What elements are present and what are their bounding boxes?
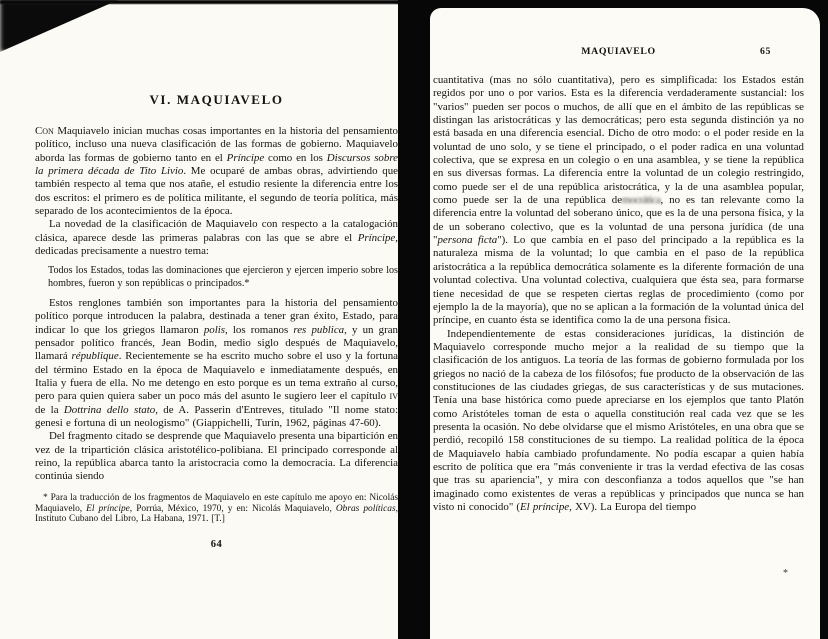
- text-run: Obras políticas: [336, 504, 396, 514]
- footnote: * Para la traducción de los fragmentos d…: [35, 493, 398, 526]
- running-header-title: MAQUIAVELO: [433, 46, 804, 57]
- text-run: res publica: [293, 324, 344, 336]
- text-run: como en los: [264, 152, 327, 164]
- text-run: , XV). La Europa del tiempo: [569, 501, 696, 513]
- paragraph-fragmento: Del fragmento citado se desprende que Ma…: [35, 430, 398, 483]
- text-run: république: [72, 350, 119, 362]
- text-run: , los romanos: [225, 324, 293, 336]
- text-run: Con: [35, 125, 54, 137]
- paragraph-intro: Con Maquiavelo inician muchas cosas impo…: [35, 125, 398, 218]
- paragraph-independientemente: Independientemente de estas consideracio…: [433, 328, 804, 515]
- text-run: Todos los Estados, todas las dominacione…: [48, 265, 398, 288]
- left-page-body: Con Maquiavelo inician muchas cosas impo…: [35, 125, 398, 525]
- paragraph-novedad: La novedad de la clasificación de Maquia…: [35, 218, 398, 258]
- text-run: El príncipe: [86, 504, 130, 514]
- text-run: Del fragmento citado se desprende que Ma…: [35, 430, 398, 482]
- text-run: polis: [204, 324, 225, 336]
- block-quote: Todos los Estados, todas las dominacione…: [35, 265, 398, 289]
- chapter-heading: VI. MAQUIAVELO: [35, 92, 398, 108]
- text-run: mocrática: [622, 194, 660, 206]
- text-run: Príncipe: [358, 232, 396, 244]
- text-run: Dottrina dello stato: [64, 404, 155, 416]
- text-run: La novedad de la clasificación de Maquia…: [35, 218, 398, 243]
- right-page: MAQUIAVELO 65 cuantitativa (mas no sólo …: [430, 8, 820, 639]
- left-page-text-column: VI. MAQUIAVELO Con Maquiavelo inician mu…: [35, 92, 398, 550]
- right-page-number: 65: [760, 46, 771, 57]
- text-run: El príncipe: [520, 501, 569, 513]
- text-run: Príncipe: [227, 152, 265, 164]
- paragraph-cuantitativa: cuantitativa (mas no sólo cuantitativa),…: [433, 74, 804, 328]
- right-page-body: cuantitativa (mas no sólo cuantitativa),…: [433, 74, 804, 514]
- book-spread: MAQUIAVELO 65 cuantitativa (mas no sólo …: [0, 0, 828, 639]
- left-page-number: 64: [35, 539, 398, 550]
- text-run: , Porrúa, México, 1970, y en: Nicolás Ma…: [130, 504, 336, 514]
- right-page-text-column: MAQUIAVELO 65 cuantitativa (mas no sólo …: [433, 46, 804, 514]
- text-run: cuantitativa (mas no sólo cuantitativa),…: [433, 74, 804, 206]
- text-run: de la: [35, 404, 64, 416]
- text-run: "). Lo que cambia en el paso del princip…: [433, 234, 804, 326]
- text-run: persona ficta: [437, 234, 497, 246]
- paragraph-renglones: Estos renglones también son importantes …: [35, 297, 398, 430]
- text-run: iv: [390, 390, 398, 402]
- scan-margin-speck: *: [783, 568, 788, 579]
- left-page: VI. MAQUIAVELO Con Maquiavelo inician mu…: [0, 4, 398, 639]
- text-run: Independientemente de estas consideracio…: [433, 328, 804, 513]
- running-header: MAQUIAVELO 65: [433, 46, 804, 59]
